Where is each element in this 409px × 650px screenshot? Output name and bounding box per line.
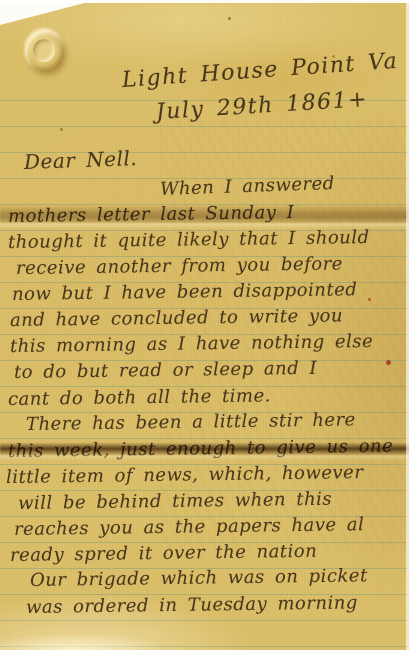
fold-crease-upper: [0, 205, 409, 225]
handwritten-letter-scan: Light House Point Va July 29th 1861+ Dea…: [0, 0, 409, 650]
letter-body-line: will be behind times when this: [18, 489, 332, 514]
letter-body-line: cant do both all the time.: [8, 385, 271, 410]
letter-body-line: to do but read or sleep and I: [14, 358, 317, 383]
foxing-speck: [332, 55, 335, 58]
paper-light-patch: [0, 616, 260, 650]
fold-crease-upper-highlight: [0, 223, 409, 230]
letter-body-line: ready spred it over the nation: [10, 541, 318, 566]
fold-crease-lower-highlight: [0, 455, 409, 461]
embossed-seal-icon: [25, 30, 65, 73]
foxing-speck: [228, 17, 231, 20]
red-ink-speck: [368, 298, 371, 301]
letter-salutation: Dear Nell.: [24, 146, 138, 174]
letter-place-line: Light House Point Va: [121, 49, 399, 93]
foxing-speck: [60, 128, 63, 131]
red-ink-speck: [386, 360, 391, 365]
scan-corner-cutoff: [0, 0, 96, 25]
